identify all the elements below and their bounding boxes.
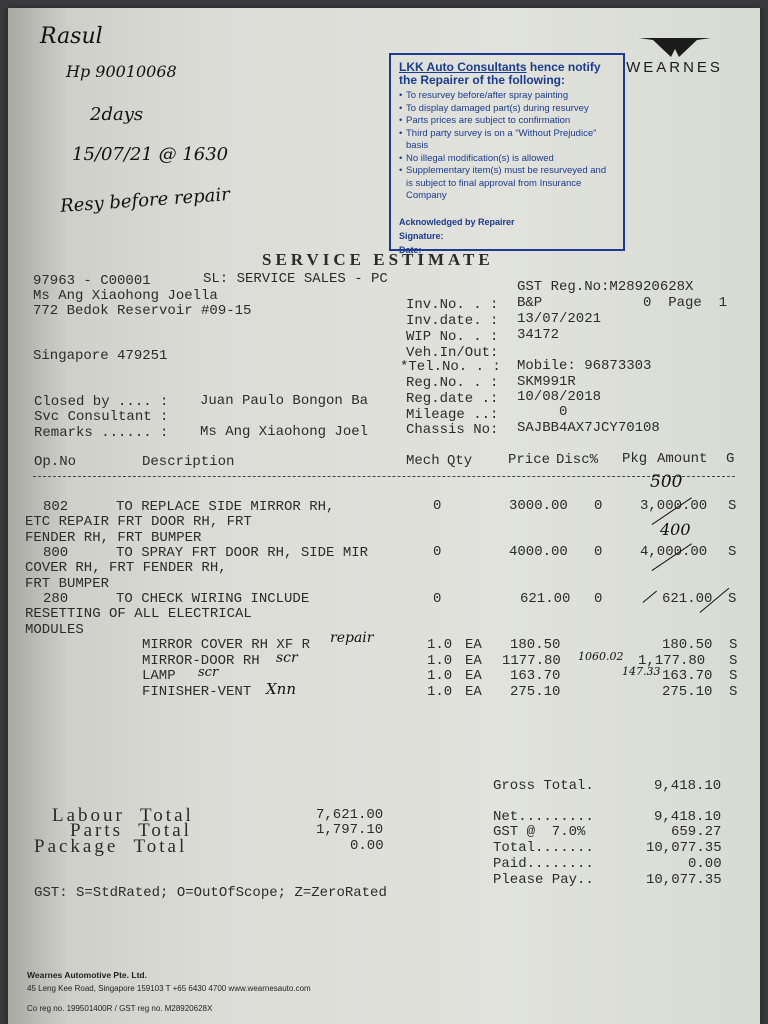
info-value: Mobile: 96873303 <box>517 359 651 375</box>
note-duration: 2days <box>90 104 143 125</box>
part-description: LAMP <box>142 669 176 685</box>
package-total-value: 0.00 <box>350 839 384 855</box>
mech-value: 0 <box>433 499 441 515</box>
price-value: 4000.00 <box>509 545 568 561</box>
gst-code: S <box>728 592 736 608</box>
gst-reg-number: GST Reg.No:M28920628X <box>517 280 693 296</box>
handwritten-note: Xnn <box>266 680 296 698</box>
notice-item: No illegal modification(s) is allowed <box>399 153 615 166</box>
col-op-no: Op.No <box>34 455 76 471</box>
disc-value: 0 <box>594 499 602 515</box>
note-phone: Hp 90010068 <box>66 62 177 81</box>
gst-value: 659.27 <box>671 825 721 841</box>
handwritten-price-correction: 147.33 <box>622 665 661 678</box>
svc-consultant-label: Svc Consultant : <box>34 410 168 426</box>
handwritten-note: scr <box>276 650 298 666</box>
gst-code: S <box>728 499 736 515</box>
part-price: 163.70 <box>510 669 560 685</box>
op-description: MODULES <box>25 623 84 639</box>
wearnes-logo: WEARNES <box>612 35 737 76</box>
remarks-label: Remarks ...... : <box>34 426 168 442</box>
total-label: Total....... <box>493 841 594 857</box>
handwritten-note: repair <box>330 630 373 646</box>
brand-name: WEARNES <box>612 59 737 76</box>
note-date: 15/07/21 @ 1630 <box>72 144 228 165</box>
notice-item: Third party survey is on a "Without Prej… <box>399 128 615 153</box>
notice-signature: Signature: <box>399 229 615 243</box>
document-title: SERVICE ESTIMATE <box>262 250 494 270</box>
op-description: ETC REPAIR FRT DOOR RH, FRT <box>25 515 252 531</box>
handwritten-price-correction: 1060.02 <box>578 650 624 663</box>
footer-address: 45 Leng Kee Road, Singapore 159103 T +65… <box>27 984 311 993</box>
handwritten-amount-correction: 400 <box>660 520 691 539</box>
surveyor-notice-stamp: LKK Auto Consultants hence notify the Re… <box>389 53 625 251</box>
info-label: Inv.date. : <box>406 314 498 330</box>
gst-code: S <box>728 545 736 561</box>
part-amount: 180.50 <box>662 638 712 654</box>
info-value: 0 <box>517 405 567 421</box>
mech-value: 0 <box>433 545 441 561</box>
part-amount: 275.10 <box>662 685 712 701</box>
amount-value: 3,000.00 <box>640 499 707 515</box>
gst-legend: GST: S=StdRated; O=OutOfScope; Z=ZeroRat… <box>34 886 387 902</box>
amount-value: 4,000.00 <box>640 545 707 561</box>
col-pkg: Pkg <box>622 452 647 468</box>
part-unit: EA <box>465 685 482 701</box>
part-price: 180.50 <box>510 638 560 654</box>
info-label: Inv.No. . : <box>406 298 498 314</box>
part-amount: 163.70 <box>662 669 712 685</box>
closed-by-value: Juan Paulo Bongon Ba <box>200 394 368 410</box>
info-value: SAJBB4AX7JCY70108 <box>517 421 660 437</box>
paid-value: 0.00 <box>688 857 722 873</box>
wearnes-w-icon <box>637 35 713 59</box>
op-description: COVER RH, FRT FENDER RH, <box>25 561 227 577</box>
part-description: FINISHER-VENT <box>142 685 251 701</box>
info-value: 34172 <box>517 328 559 344</box>
mech-value: 0 <box>433 592 441 608</box>
amount-value: 621.00 <box>662 592 712 608</box>
customer-address: 772 Bedok Reservoir #09-15 <box>33 304 251 320</box>
notice-heading: the Repairer of the following: <box>399 74 615 87</box>
info-value: B&P 0 Page 1 <box>517 296 727 312</box>
col-mech: Mech <box>406 454 440 470</box>
note-name: Rasul <box>40 24 103 49</box>
gross-total-value: 9,418.10 <box>654 779 721 795</box>
notice-item: To resurvey before/after spray painting <box>399 90 615 103</box>
handwritten-note: scr <box>198 665 218 680</box>
please-pay-label: Please Pay.. <box>493 873 594 889</box>
total-value: 10,077.35 <box>646 841 722 857</box>
notice-item: To display damaged part(s) during resurv… <box>399 103 615 116</box>
col-price: Price <box>508 453 550 469</box>
please-pay-value: 10,077.35 <box>646 873 722 889</box>
info-label: Reg.No. . : <box>406 376 498 392</box>
notice-item: Supplementary item(s) must be resurveyed… <box>399 165 615 203</box>
customer-city: Singapore 479251 <box>33 349 167 365</box>
op-description: RESETTING OF ALL ELECTRICAL <box>25 607 252 623</box>
footer-registration: Co reg no. 199501400R / GST reg no. M289… <box>27 1004 212 1013</box>
part-qty: 1.0 <box>427 669 452 685</box>
price-value: 3000.00 <box>509 499 568 515</box>
part-qty: 1.0 <box>427 685 452 701</box>
part-qty: 1.0 <box>427 638 452 654</box>
notice-company: LKK Auto Consultants <box>399 60 527 74</box>
part-unit: EA <box>465 669 482 685</box>
info-label: Chassis No: <box>406 423 498 439</box>
part-price: 275.10 <box>510 685 560 701</box>
gross-total-label: Gross Total. <box>493 779 594 795</box>
col-qty: Qty <box>447 454 472 470</box>
notice-acknowledged: Acknowledged by Repairer <box>399 215 615 229</box>
col-description: Description <box>142 455 234 471</box>
col-disc: Disc% <box>556 453 598 469</box>
handwritten-amount-correction: 500 <box>650 472 682 492</box>
gst-code: S <box>729 638 737 654</box>
paid-label: Paid........ <box>493 857 594 873</box>
info-label: Reg.date .: <box>406 392 498 408</box>
info-label: WIP No. . : <box>406 330 498 346</box>
disc-value: 0 <box>594 545 602 561</box>
part-unit: EA <box>465 638 482 654</box>
parts-total-value: 1,797.10 <box>316 823 383 839</box>
info-label: *Tel.No. . : <box>400 360 501 376</box>
header-divider <box>33 476 735 477</box>
sales-line: SL: SERVICE SALES - PC <box>203 272 388 288</box>
disc-value: 0 <box>594 592 602 608</box>
info-value: 13/07/2021 <box>517 312 601 328</box>
package-total-label: Package Total <box>34 839 187 855</box>
gst-code: S <box>729 669 737 685</box>
remarks-value: Ms Ang Xiaohong Joel <box>200 425 368 441</box>
col-amount: Amount <box>657 452 707 468</box>
footer-company: Wearnes Automotive Pte. Ltd. <box>27 970 147 980</box>
notice-list: To resurvey before/after spray painting … <box>399 90 615 203</box>
gst-code: S <box>729 685 737 701</box>
notice-item: Parts prices are subject to confirmation <box>399 115 615 128</box>
price-value: 621.00 <box>520 592 570 608</box>
gst-label: GST @ 7.0% <box>493 825 585 841</box>
col-gst: G <box>726 452 734 468</box>
